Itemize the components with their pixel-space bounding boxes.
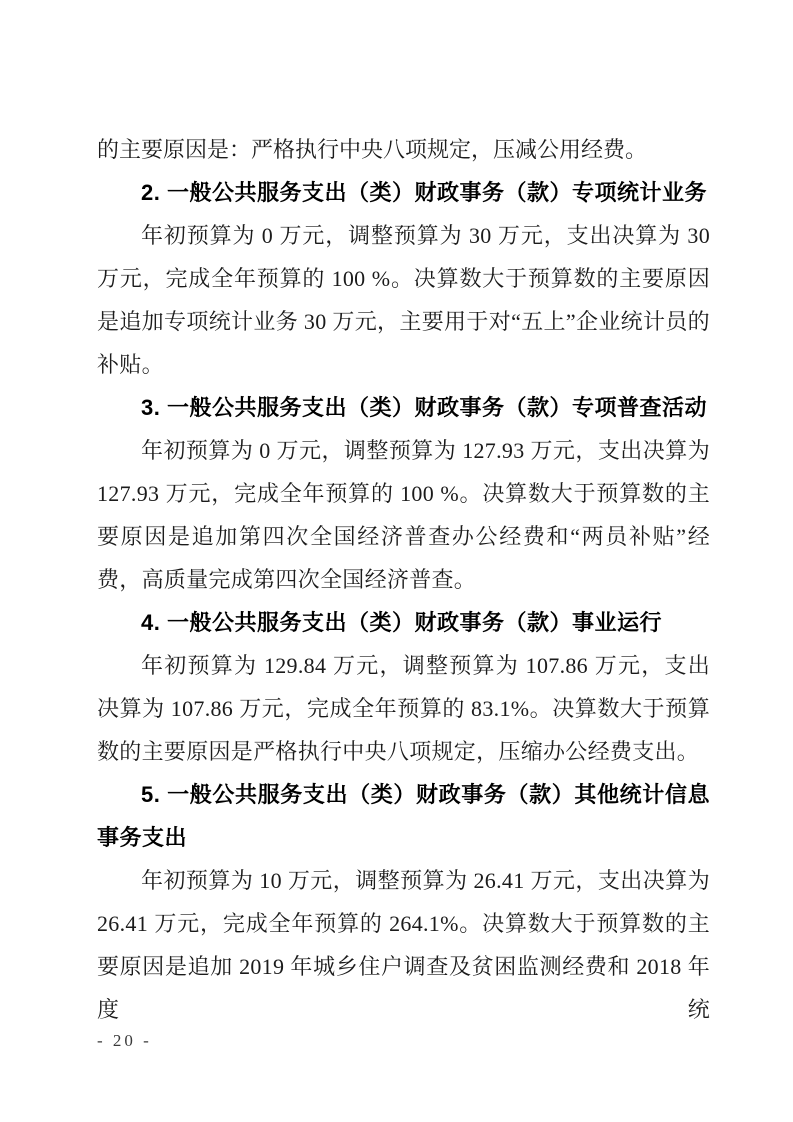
document-text-block: 的主要原因是：严格执行中央八项规定，压减公用经费。 2. 一般公共服务支出（类）… bbox=[97, 128, 710, 1031]
section-heading-5: 5. 一般公共服务支出（类）财政事务（款）其他统计信息事务支出 bbox=[97, 773, 710, 859]
section-heading-4: 4. 一般公共服务支出（类）财政事务（款）事业运行 bbox=[97, 601, 710, 644]
section-heading-2: 2. 一般公共服务支出（类）财政事务（款）专项统计业务 bbox=[97, 171, 710, 214]
document-page: 的主要原因是：严格执行中央八项规定，压减公用经费。 2. 一般公共服务支出（类）… bbox=[0, 0, 793, 1122]
section-heading-3: 3. 一般公共服务支出（类）财政事务（款）专项普查活动 bbox=[97, 386, 710, 429]
section-body-5: 年初预算为 10 万元，调整预算为 26.41 万元，支出决算为 26.41 万… bbox=[97, 859, 710, 1031]
section-body-3: 年初预算为 0 万元，调整预算为 127.93 万元，支出决算为 127.93 … bbox=[97, 429, 710, 601]
paragraph-continuation: 的主要原因是：严格执行中央八项规定，压减公用经费。 bbox=[97, 128, 710, 171]
section-body-4: 年初预算为 129.84 万元，调整预算为 107.86 万元，支出决算为 10… bbox=[97, 644, 710, 773]
page-number: - 20 - bbox=[97, 1031, 152, 1051]
section-body-2: 年初预算为 0 万元，调整预算为 30 万元，支出决算为 30 万元，完成全年预… bbox=[97, 214, 710, 386]
